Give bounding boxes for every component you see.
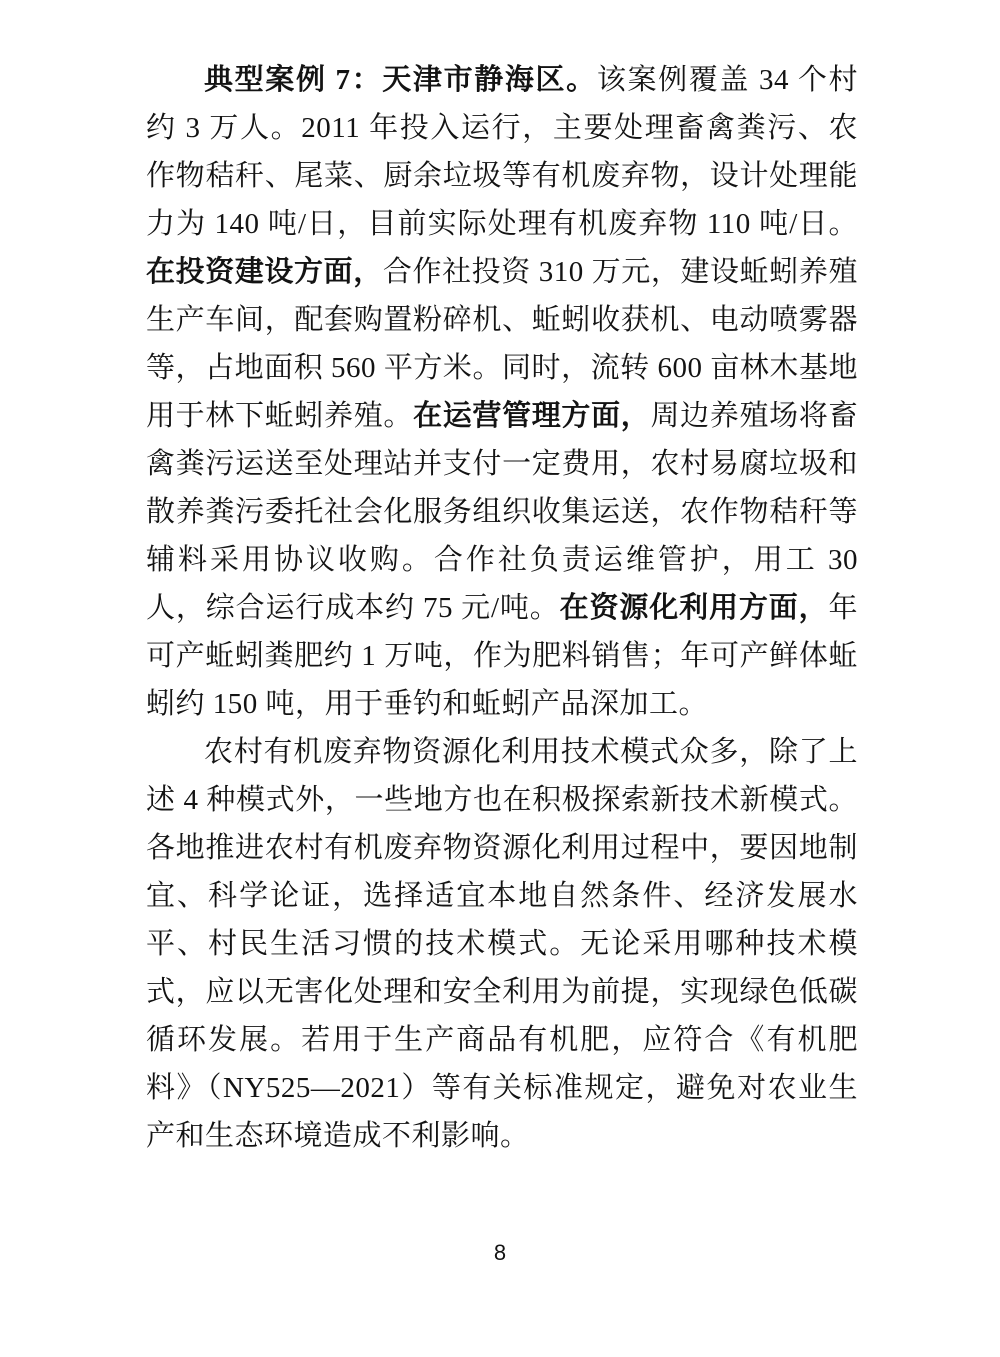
- paragraph-closing-summary: 农村有机废弃物资源化利用技术模式众多，除了上述 4 种模式外，一些地方也在积极探…: [146, 728, 858, 1160]
- page-number: 8: [0, 1238, 1000, 1268]
- case7-operation-run: 周边养殖场将畜禽粪污运送至处理站并支付一定费用，农村易腐垃圾和散养粪污委托社会化…: [146, 400, 858, 624]
- case7-utilization-heading-run: 在资源化利用方面，: [560, 592, 829, 624]
- case7-heading-run: 典型案例 7：天津市静海区。: [204, 64, 597, 96]
- closing-summary-run: 农村有机废弃物资源化利用技术模式众多，除了上述 4 种模式外，一些地方也在积极探…: [146, 736, 858, 1152]
- case7-operation-heading-run: 在运营管理方面，: [413, 400, 650, 432]
- document-page: 典型案例 7：天津市静海区。该案例覆盖 34 个村约 3 万人。2011 年投入…: [0, 0, 1000, 1357]
- page-body-text: 典型案例 7：天津市静海区。该案例覆盖 34 个村约 3 万人。2011 年投入…: [146, 56, 858, 1160]
- case7-investment-heading-run: 在投资建设方面，: [146, 256, 383, 288]
- paragraph-case-study-7: 典型案例 7：天津市静海区。该案例覆盖 34 个村约 3 万人。2011 年投入…: [146, 56, 858, 728]
